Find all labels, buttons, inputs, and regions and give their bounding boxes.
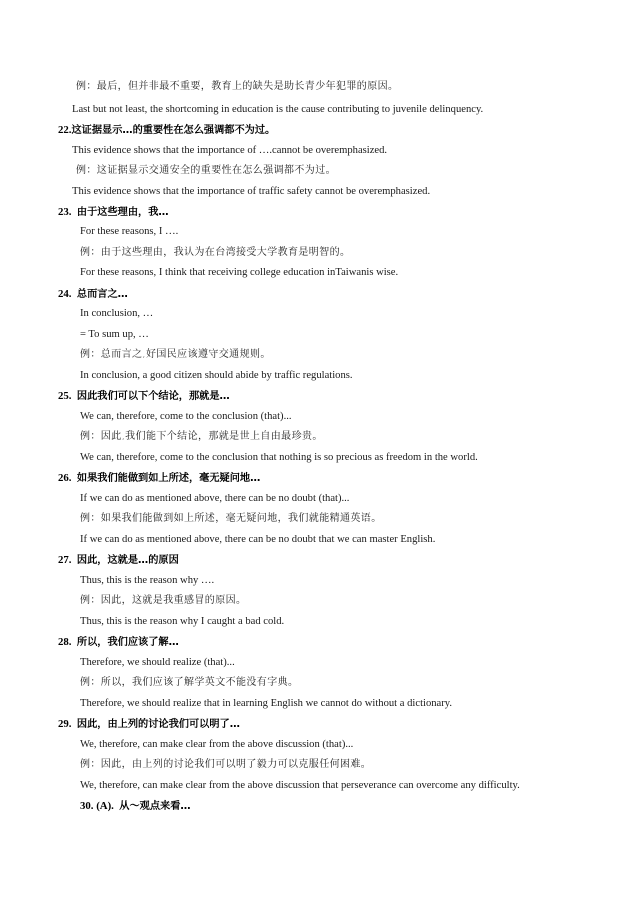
example-zh-25: 例：因此,我们能下个结论，那就是世上自由最珍贵。 <box>80 430 323 444</box>
pattern-alt-en-24: = To sum up, … <box>80 328 149 342</box>
item-heading-text: 如果我们能做到如上所述，毫无疑问地… <box>77 473 260 484</box>
item-heading-text: 由于这些理由，我… <box>77 207 169 218</box>
item-heading-26: 26. 如果我们能做到如上所述，毫无疑问地… <box>58 471 260 486</box>
item-heading-text: 这证据显示…的重要性在怎么强调都不为过。 <box>72 125 276 136</box>
example-zh-22: 例：这证据显示交通安全的重要性在怎么强调都不为过。 <box>76 164 336 178</box>
item-heading-25: 25. 因此我们可以下个结论，那就是… <box>58 389 230 404</box>
pattern-en-23: For these reasons, I …. <box>80 225 178 239</box>
example-zh-29: 例：因此，由上列的讨论我们可以明了毅力可以克服任何困难。 <box>80 758 371 772</box>
pattern-en-26: If we can do as mentioned above, there c… <box>80 492 349 506</box>
example-en-27: Thus, this is the reason why I caught a … <box>80 615 284 629</box>
item-number: 27. <box>58 554 72 566</box>
example-zh-28: 例：所以，我们应该了解学英文不能没有字典。 <box>80 676 298 690</box>
item-number: 26. <box>58 472 72 484</box>
item-heading-text: 总而言之… <box>77 289 128 300</box>
pattern-en-22: This evidence shows that the importance … <box>72 144 387 158</box>
item-heading-23: 23. 由于这些理由，我… <box>58 205 169 220</box>
example-en-25: We can, therefore, come to the conclusio… <box>80 451 478 465</box>
example-en-21: Last but not least, the shortcoming in e… <box>72 103 483 117</box>
item-heading-text: 从～观点来看… <box>119 801 190 812</box>
pattern-en-25: We can, therefore, come to the conclusio… <box>80 410 292 424</box>
item-number: 25. <box>58 390 72 402</box>
item-heading-text: 所以，我们应该了解… <box>77 637 179 648</box>
example-en-23: For these reasons, I think that receivin… <box>80 266 398 280</box>
example-en-26: If we can do as mentioned above, there c… <box>80 533 435 547</box>
example-en-24: In conclusion, a good citizen should abi… <box>80 369 353 383</box>
example-zh-21: 例：最后，但并非最不重要，教育上的缺失是助长青少年犯罪的原因。 <box>76 80 398 94</box>
document-page: 例：最后，但并非最不重要，教育上的缺失是助长青少年犯罪的原因。 Last but… <box>0 0 640 905</box>
item-heading-text: 因此我们可以下个结论，那就是… <box>77 391 230 402</box>
item-number: 28. <box>58 636 72 648</box>
item-number: 22. <box>58 124 72 136</box>
pattern-en-29: We, therefore, can make clear from the a… <box>80 738 353 752</box>
item-heading-28: 28. 所以，我们应该了解… <box>58 635 179 650</box>
item-number: 23. <box>58 206 72 218</box>
example-en-28: Therefore, we should realize that in lea… <box>80 697 452 711</box>
item-number: 24. <box>58 288 72 300</box>
item-heading-text: 因此，由上列的讨论我们可以明了… <box>77 719 240 730</box>
item-number: 29. <box>58 718 72 730</box>
item-heading-text: 因此，这就是…的原因 <box>77 555 179 566</box>
example-zh-23: 例：由于这些理由，我认为在台湾接受大学教育是明智的。 <box>80 246 350 260</box>
example-zh-27: 例：因此，这就是我重感冒的原因。 <box>80 594 246 608</box>
item-heading-24: 24. 总而言之… <box>58 287 128 302</box>
pattern-en-24: In conclusion, … <box>80 307 153 321</box>
example-zh-24: 例：总而言之,好国民应该遵守交通规则。 <box>80 348 271 362</box>
example-en-22: This evidence shows that the importance … <box>72 185 430 199</box>
example-en-29: We, therefore, can make clear from the a… <box>80 779 520 793</box>
item-heading-30: 30. (A). 从～观点来看… <box>80 799 191 814</box>
pattern-en-27: Thus, this is the reason why …. <box>80 574 214 588</box>
item-number: 30. (A). <box>80 800 114 812</box>
item-heading-29: 29. 因此，由上列的讨论我们可以明了… <box>58 717 240 732</box>
item-heading-22: 22.这证据显示…的重要性在怎么强调都不为过。 <box>58 123 275 138</box>
pattern-en-28: Therefore, we should realize (that)... <box>80 656 235 670</box>
item-heading-27: 27. 因此，这就是…的原因 <box>58 553 179 568</box>
example-zh-26: 例：如果我们能做到如上所述，毫无疑问地，我们就能精通英语。 <box>80 512 382 526</box>
